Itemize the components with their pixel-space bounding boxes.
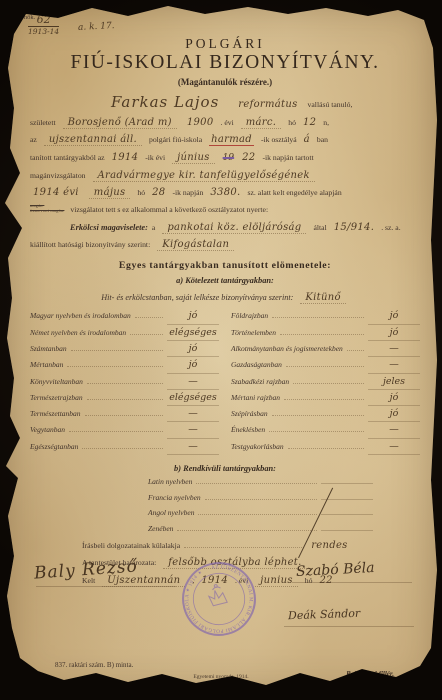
subject-label: Francia nyelvben: [148, 490, 201, 506]
student-name: Farkas Lajos: [111, 93, 219, 111]
conduct-number-value: 15/914.: [334, 222, 374, 233]
subject-label: Gazdaságtanban: [231, 357, 282, 372]
religion-grade-line: Hit- és erkölcstanban, saját lelkésze bi…: [30, 289, 420, 304]
extra-subject-row: Angol nyelvben: [148, 505, 373, 521]
grade-row: Egészségtanban—: [30, 439, 219, 455]
dotted-leader: [269, 431, 364, 432]
school-line: az ujszentannai áll. polgári fiú-iskola …: [30, 130, 420, 147]
stamp-crown-emblem: [206, 583, 227, 606]
exam-statement-label: vizsgálatot tett s ez alkalommal a követ…: [70, 205, 268, 214]
dotted-leader: [286, 366, 364, 367]
exam-date-line: tanított tantárgyakból az 1914 -ik évi j…: [30, 148, 420, 166]
struck-day-value: 19: [223, 153, 234, 163]
dotted-leader: [87, 399, 163, 400]
grade-row: Természettanban—: [30, 406, 219, 422]
grades-right-column: Földrajzbanjó Történelembenjó Alkotmányt…: [231, 308, 420, 455]
dotted-leader: [288, 448, 364, 449]
subject-label: Mértani rajzban: [231, 390, 280, 405]
subject-label: Német nyelvben és irodalomban: [30, 325, 126, 340]
ho-label: hó: [137, 188, 145, 197]
grade-letter-value: á: [304, 134, 310, 145]
extra-subjects: Latin nyelvben Francia nyelvben Angol ny…: [30, 474, 420, 536]
dateline-month-value: junius: [255, 575, 298, 587]
dotted-leader: [135, 317, 163, 318]
section-a-heading: a) Kötelezett tantárgyakban:: [30, 275, 420, 286]
conduct-label: Erkölcsi magaviselete:: [70, 223, 148, 232]
grade-value-empty: [321, 483, 373, 484]
grade-value: —: [368, 357, 420, 373]
subject-label: Testgyakorlásban: [231, 439, 284, 454]
grade-value: jó: [167, 308, 219, 324]
ik-evi-label: -ik évi: [145, 153, 165, 162]
dotted-leader: [205, 499, 317, 500]
permit-number-value: 3380.: [210, 187, 240, 198]
grade-value: —: [167, 439, 219, 455]
signature-rule: [284, 626, 414, 627]
permit-tail-label: sz. alatt kelt engedélye alapján: [248, 188, 342, 197]
dotted-leader: [272, 317, 364, 318]
dotted-leader: [177, 530, 317, 531]
grade-value: jó: [368, 325, 420, 341]
subject-label: Történelemben: [231, 325, 276, 340]
dotted-leader: [85, 415, 163, 416]
grades-left-column: Magyar nyelvben és irodalombanjó Német n…: [30, 308, 219, 455]
subject-label: Alkotmánytanban és jogismeretekben: [231, 341, 343, 356]
grade-row: Alkotmánytanban és jogismeretekben—: [231, 341, 420, 357]
subject-label: Szabadkézi rajzban: [231, 374, 289, 389]
handwriting-quality-label: Írásbeli dolgozatainak külalakja: [82, 541, 180, 550]
subject-label: Angol nyelvben: [148, 505, 194, 521]
grade-value: —: [368, 422, 420, 438]
title-line2: FIÚ-ISKOLAI BIZONYÍTVÁNY.: [30, 51, 420, 74]
permit-month-value: május: [89, 187, 131, 199]
grade-row: Szépírásbanjó: [231, 406, 420, 422]
signature-class-master: Deák Sándor: [288, 607, 361, 623]
grade-suffix-label: -ik osztályá: [261, 135, 297, 144]
conduct-value: Kifogástalan: [157, 239, 234, 251]
grade-value-empty: [321, 530, 373, 531]
conduct-certificate-label: kiállított hatósági bizonyítvány szerint…: [30, 240, 150, 249]
dotted-leader: [82, 448, 163, 449]
birth-line: született Borosjenő (Arad m) 1900 . évi …: [30, 113, 420, 130]
subject-label: Egészségtanban: [30, 439, 78, 454]
grades-table: Magyar nyelvben és irodalombanjó Német n…: [30, 308, 420, 455]
subject-label: Földrajzban: [231, 308, 268, 323]
subject-label: Számtanban: [30, 341, 67, 356]
struck-options: magán- összevont magán.: [30, 204, 64, 213]
grade-row: Mértanbanjó: [30, 357, 219, 373]
dotted-leader: [284, 399, 364, 400]
permit-year-value: 1914 évi: [33, 187, 79, 198]
taught-label: tanított tantárgyakból az: [30, 153, 105, 162]
dotted-leader: [67, 366, 163, 367]
dotted-leader: [198, 514, 317, 515]
birth-month-value: márc.: [241, 117, 282, 129]
conduct-by-label: által: [313, 223, 326, 232]
subject-label: Könyvviteltanban: [30, 374, 83, 389]
exam-month-value: június: [172, 152, 215, 164]
signature-rule: [292, 582, 412, 583]
dotted-leader: [347, 350, 364, 351]
religion-suffix: vallású tanuló,: [308, 100, 353, 109]
permit-line: 1914 évi május hó 28 -ik napján 3380. sz…: [30, 183, 420, 200]
title-line1: POLGÁRI: [30, 28, 420, 51]
struck-option-2: összevont magán.: [30, 209, 64, 214]
extra-subject-row: Zenében: [148, 521, 373, 537]
grade-value: jó: [368, 390, 420, 406]
conduct-line2: kiállított hatósági bizonyítvány szerint…: [30, 235, 420, 252]
footer-stock-number: 837. raktári szám. B) minta.: [55, 661, 133, 669]
signature-rule: [36, 586, 176, 587]
sz-a-label: . sz. a.: [381, 223, 400, 232]
birthplace-value: Borosjenő (Arad m): [63, 117, 177, 129]
birth-day-value: 12: [303, 117, 316, 128]
school-town-value: ujszentannai áll.: [44, 134, 142, 146]
progress-heading: Egyes tantárgyakban tanusított elömenete…: [30, 259, 420, 272]
dotted-leader: [130, 334, 163, 335]
ban-label: ban: [317, 135, 328, 144]
dotted-leader: [293, 383, 364, 384]
grade-value: —: [368, 341, 420, 357]
student-name-line: Farkas Lajos református vallású tanuló,: [108, 94, 420, 113]
grade-value: —: [167, 406, 219, 422]
grade-row: Éneklésben—: [231, 422, 420, 438]
conduct-line: Erkölcsi magaviselete: a pankotai köz. e…: [70, 218, 420, 235]
grade-value: jó: [167, 357, 219, 373]
day-suffix: n,: [323, 118, 329, 127]
certificate-paper: 62 1913-14 a. k. 17. POLGÁRI FIÚ-ISKOLAI…: [0, 0, 442, 700]
grade-value-empty: [321, 514, 373, 515]
grade-row: Történelembenjó: [231, 325, 420, 341]
subject-label: Szépírásban: [231, 406, 268, 421]
religion-grade-label: Hit- és erkölcstanban, saját lelkésze bi…: [101, 293, 293, 302]
grade-row: Német nyelvben és irodalombanelégséges: [30, 325, 219, 341]
subject-label: Vegytanban: [30, 422, 65, 437]
grade-value: elégséges: [167, 390, 219, 406]
authority-line: magánvizsgálaton Aradvármegye kir. tanfe…: [30, 166, 420, 183]
day-tail-label: -ik napján tartott: [262, 153, 313, 162]
month-label: hó: [288, 118, 296, 127]
footer-price: Bolti ára 4 fillér.: [346, 670, 394, 678]
principal-role-label: igazgató.: [0, 7, 442, 14]
grade-value-empty: [321, 499, 373, 500]
stamp-arc-text: AZ ÚJSZENTANNAI M. KIR. ÁLLAMI POLGÁRI F…: [176, 557, 261, 642]
subject-label: Zenében: [148, 521, 173, 537]
born-label: született: [30, 118, 56, 127]
class-master-role-label: osztályfőnök.: [0, 14, 442, 21]
grade-ordinal-value: harmad: [209, 134, 254, 146]
dotted-leader: [196, 483, 317, 484]
year-suffix: . évi: [220, 118, 233, 127]
grade-value: —: [368, 439, 420, 455]
permit-day-value: 28: [152, 187, 165, 198]
subtitle: (Magántanulók részére.): [30, 76, 420, 88]
grade-row: Testgyakorlásban—: [231, 439, 420, 455]
grade-value: jó: [167, 341, 219, 357]
grade-row: Magyar nyelvben és irodalombanjó: [30, 308, 219, 324]
grade-row: Természetrajzbanelégséges: [30, 390, 219, 406]
article-label: az: [30, 135, 37, 144]
subject-label: Éneklésben: [231, 422, 265, 437]
grade-row: Vegytanban—: [30, 422, 219, 438]
authority-value: Aradvármegye kir. tanfelügyelőségének: [93, 170, 315, 182]
grade-value: jó: [368, 406, 420, 422]
grade-value: —: [167, 422, 219, 438]
grade-row: Számtanbanjó: [30, 341, 219, 357]
exam-statement-line: magán- összevont magán. vizsgálatot tett…: [30, 200, 420, 217]
grade-row: Mértani rajzbanjó: [231, 390, 420, 406]
photo-backdrop: 62 1913-14 a. k. 17. POLGÁRI FIÚ-ISKOLAI…: [0, 0, 442, 700]
handwriting-quality-value: rendes: [311, 540, 347, 551]
grade-value: jeles: [368, 374, 420, 390]
dotted-leader: [87, 383, 163, 384]
extra-subject-row: Latin nyelvben: [148, 474, 373, 490]
birth-year-value: 1900: [187, 117, 214, 128]
handwriting-quality-line: Írásbeli dolgozatainak külalakja rendes: [82, 536, 420, 553]
grade-value: elégséges: [167, 325, 219, 341]
exam-year-value: 1914: [112, 152, 139, 163]
footer-printer: Egyetemi nyomda, 1914.: [193, 674, 248, 680]
dotted-leader: [69, 431, 163, 432]
subject-label: Magyar nyelvben és irodalomban: [30, 308, 131, 323]
subject-label: Mértanban: [30, 357, 63, 372]
grade-row: Földrajzbanjó: [231, 308, 420, 324]
exam-type-label: magánvizsgálaton: [30, 171, 86, 180]
grade-value: jó: [368, 308, 420, 324]
dotted-leader: [280, 334, 364, 335]
grade-row: Szabadkézi rajzbanjeles: [231, 374, 420, 390]
dotted-leader: [184, 547, 304, 548]
grade-row: Gazdaságtanban—: [231, 357, 420, 373]
subject-label: Természettanban: [30, 406, 81, 421]
extra-subject-row: Francia nyelvben: [148, 490, 373, 506]
grade-row: Könyvviteltanban—: [30, 374, 219, 390]
grade-value: —: [167, 374, 219, 390]
conduct-article: a: [152, 223, 155, 232]
registry-number: 62: [28, 14, 59, 27]
conduct-authority-value: pankotai köz. elöljáróság: [162, 222, 306, 234]
student-religion: református: [238, 99, 297, 110]
ik-napjan-label: -ik napján: [172, 188, 203, 197]
subject-label: Természetrajzban: [30, 390, 83, 405]
dotted-leader: [272, 415, 364, 416]
subject-label: Latin nyelvben: [148, 474, 192, 490]
dotted-leader: [71, 350, 163, 351]
school-type-label: polgári fiú-iskola: [149, 135, 202, 144]
exam-day-value: 22: [242, 152, 255, 163]
certificate-content: POLGÁRI FIÚ-ISKOLAI BIZONYÍTVÁNY. (Magán…: [30, 28, 420, 588]
svg-text:AZ ÚJSZENTANNAI M. KIR. ÁLLAMI: AZ ÚJSZENTANNAI M. KIR. ÁLLAMI POLGÁRI F…: [176, 557, 261, 642]
section-b-heading: b) Rendkívüli tantárgyakban:: [30, 463, 420, 474]
chairman-role-label: elnök.: [0, 0, 442, 7]
religion-grade-value: Kitünő: [300, 292, 345, 304]
